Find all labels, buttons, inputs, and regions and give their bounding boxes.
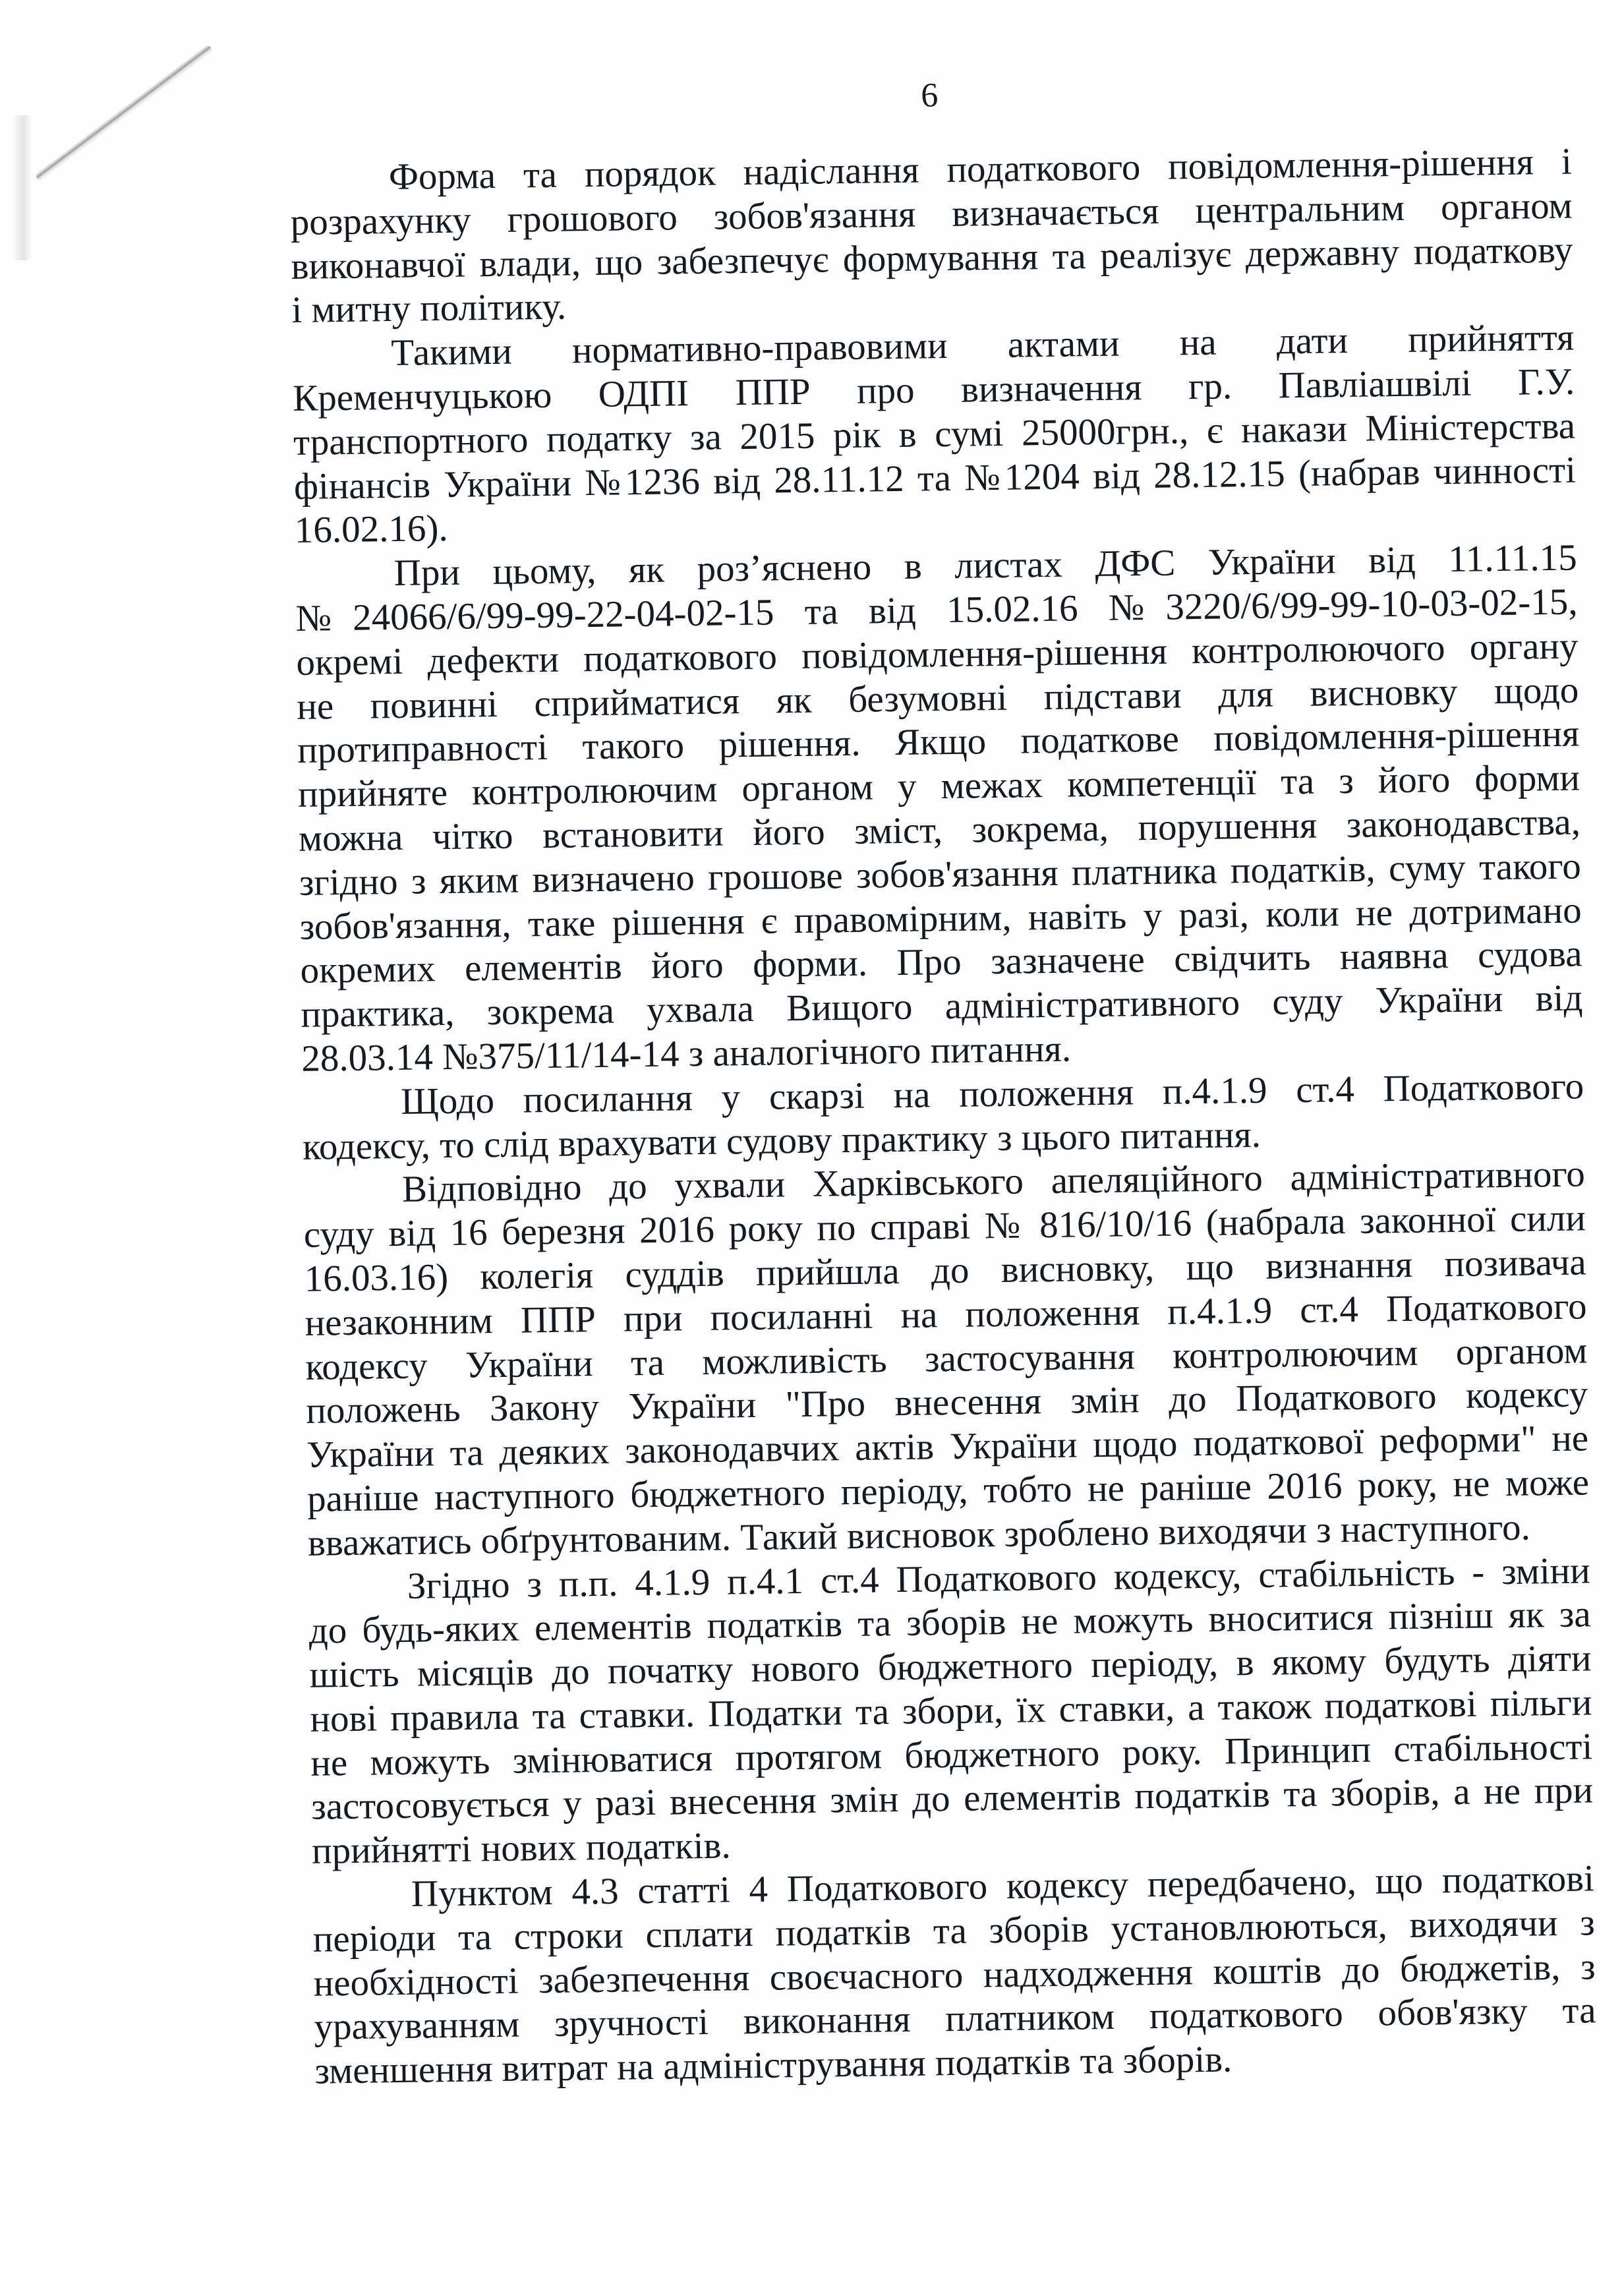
- document-body: Форма та порядок надіслання податкового …: [289, 140, 1596, 2094]
- paragraph-complaint-reference: Щодо посилання у скарзі на положення п.4…: [302, 1065, 1585, 1169]
- paragraph-stability-principle: Згідно з п.п. 4.1.9 п.4.1 ст.4 Податково…: [308, 1549, 1594, 1874]
- paragraph-normative-acts: Такими нормативно-правовими актами на да…: [292, 316, 1577, 553]
- page-number: 6: [915, 76, 944, 116]
- paragraph-dfs-letters: При цьому, як роз’яснено в листах ДФС Ук…: [295, 537, 1583, 1082]
- paragraph-form-and-procedure: Форма та порядок надіслання податкового …: [289, 140, 1573, 334]
- document-page: 6 Форма та порядок надіслання податковог…: [0, 0, 1624, 2278]
- paragraph-kharkiv-court-ruling: Відповідно до ухвали Харківського апеляц…: [303, 1153, 1590, 1566]
- paragraph-tax-periods: Пунктом 4.3 статті 4 Податкового кодексу…: [312, 1857, 1597, 2093]
